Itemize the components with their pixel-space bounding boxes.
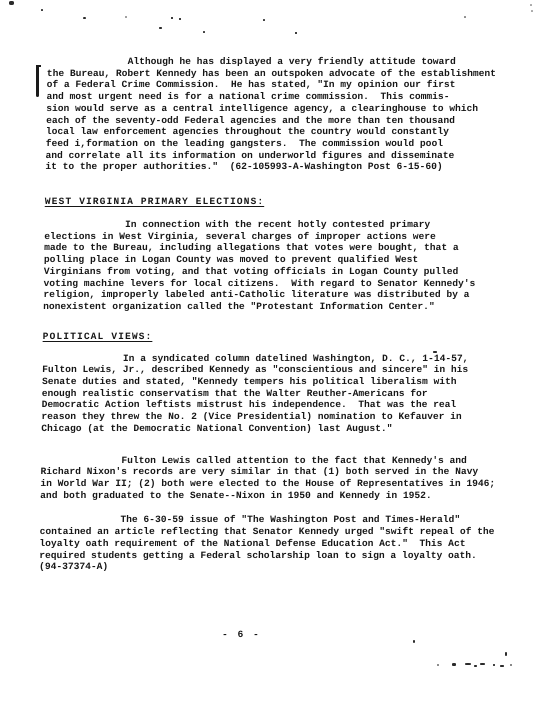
page-number: - 6 - xyxy=(222,629,526,641)
document-content: Although he has displayed a very friendl… xyxy=(0,0,536,641)
scanned-document-page: Although he has displayed a very friendl… xyxy=(0,0,536,702)
paragraph-fulton-lewis-column: In a syndicated column datelined Washing… xyxy=(41,353,530,435)
heading-political-views: POLITICAL VIEWS: xyxy=(43,331,531,343)
heading-west-virginia-primary-elections: WEST VIRGINIA PRIMARY ELECTIONS: xyxy=(45,196,533,208)
paragraph-fulton-lewis-records: Fulton Lewis called attention to the fac… xyxy=(40,455,529,502)
paragraph-crime-commission: Although he has displayed a very friendl… xyxy=(45,56,535,173)
paragraph-washington-post-loyalty-oath: The 6-30-59 issue of "The Washington Pos… xyxy=(39,514,528,573)
paragraph-west-virginia-primary: In connection with the recent hotly cont… xyxy=(43,219,532,313)
